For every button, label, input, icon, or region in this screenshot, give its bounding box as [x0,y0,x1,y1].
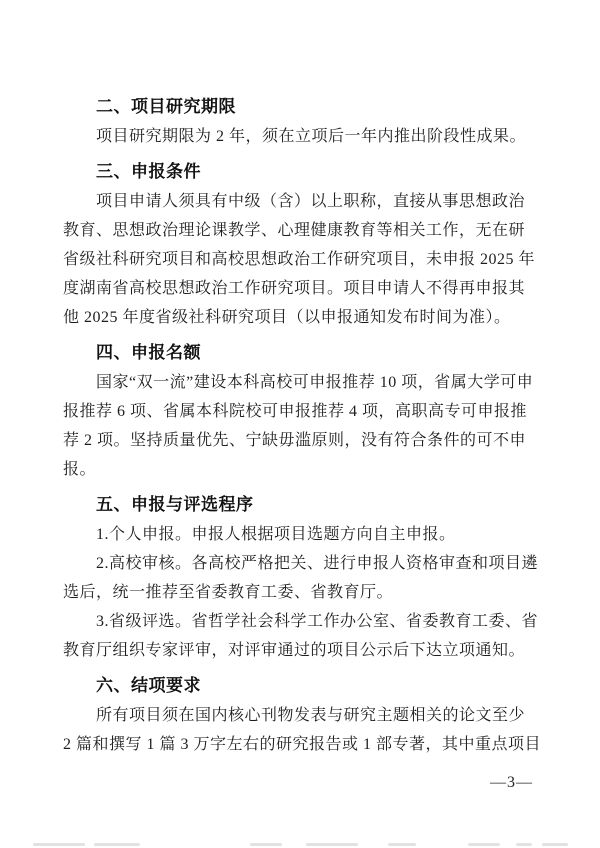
scan-artifact [468,843,500,846]
body-line: 教育厅组织专家评审，对评审通过的项目公示后下达立项通知。 [63,636,537,665]
scan-artifact [33,843,85,846]
section-heading-5: 五、申报与评选程序 [63,490,537,520]
body-line: 度湖南省高校思想政治工作研究项目。项目申请人不得再申报其 [63,274,537,303]
scan-artifact [306,843,358,846]
body-line: 所有项目须在国内核心刊物发表与研究主题相关的论文至少 [63,701,537,730]
body-line: 荐 2 项。坚持质量优先、宁缺毋滥原则，没有符合条件的可不申 [63,426,537,455]
document-body: 二、项目研究期限 项目研究期限为 2 年，须在立项后一年内推出阶段性成果。 三、… [63,86,537,759]
body-line: 报推荐 6 项、省属本科院校可申报推荐 4 项，高职高专可申报推 [63,397,537,426]
scan-artifact [94,843,140,846]
scan-artifact [542,843,568,846]
body-line: 报。 [63,455,537,484]
scanned-document-page: 二、项目研究期限 项目研究期限为 2 年，须在立项后一年内推出阶段性成果。 三、… [0,0,600,848]
body-line: 2 篇和撰写 1 篇 3 万字左右的研究报告或 1 部专著，其中重点项目 [63,730,537,759]
section-heading-2: 二、项目研究期限 [63,92,537,122]
body-line: 他 2025 年度省级社科研究项目（以申报通知发布时间为准）。 [63,303,537,332]
body-line: 2.高校审核。各高校严格把关、进行申报人资格审查和项目遴 [63,549,537,578]
body-line: 项目申请人须具有中级（含）以上职称，直接从事思想政治 [63,187,537,216]
body-line: 3.省级评选。省哲学社会科学工作办公室、省委教育工委、省 [63,607,537,636]
scan-artifact [516,843,532,846]
section-heading-6: 六、结项要求 [63,671,537,701]
section-heading-3: 三、申报条件 [63,157,537,187]
scan-artifact [250,843,282,846]
page-number: —3— [490,774,533,792]
body-line: 省级社科研究项目和高校思想政治工作研究项目，未申报 2025 年 [63,245,537,274]
body-line: 项目研究期限为 2 年，须在立项后一年内推出阶段性成果。 [63,122,537,151]
scan-artifact-strip [0,843,600,847]
section-heading-4: 四、申报名额 [63,338,537,368]
body-line: 选后，统一推荐至省委教育工委、省教育厅。 [63,578,537,607]
scan-artifact [388,843,416,846]
body-line: 教育、思想政治理论课教学、心理健康教育等相关工作，无在研 [63,216,537,245]
body-line: 国家“双一流”建设本科高校可申报推荐 10 项，省属大学可申 [63,368,537,397]
body-line: 1.个人申报。申报人根据项目选题方向自主申报。 [63,520,537,549]
